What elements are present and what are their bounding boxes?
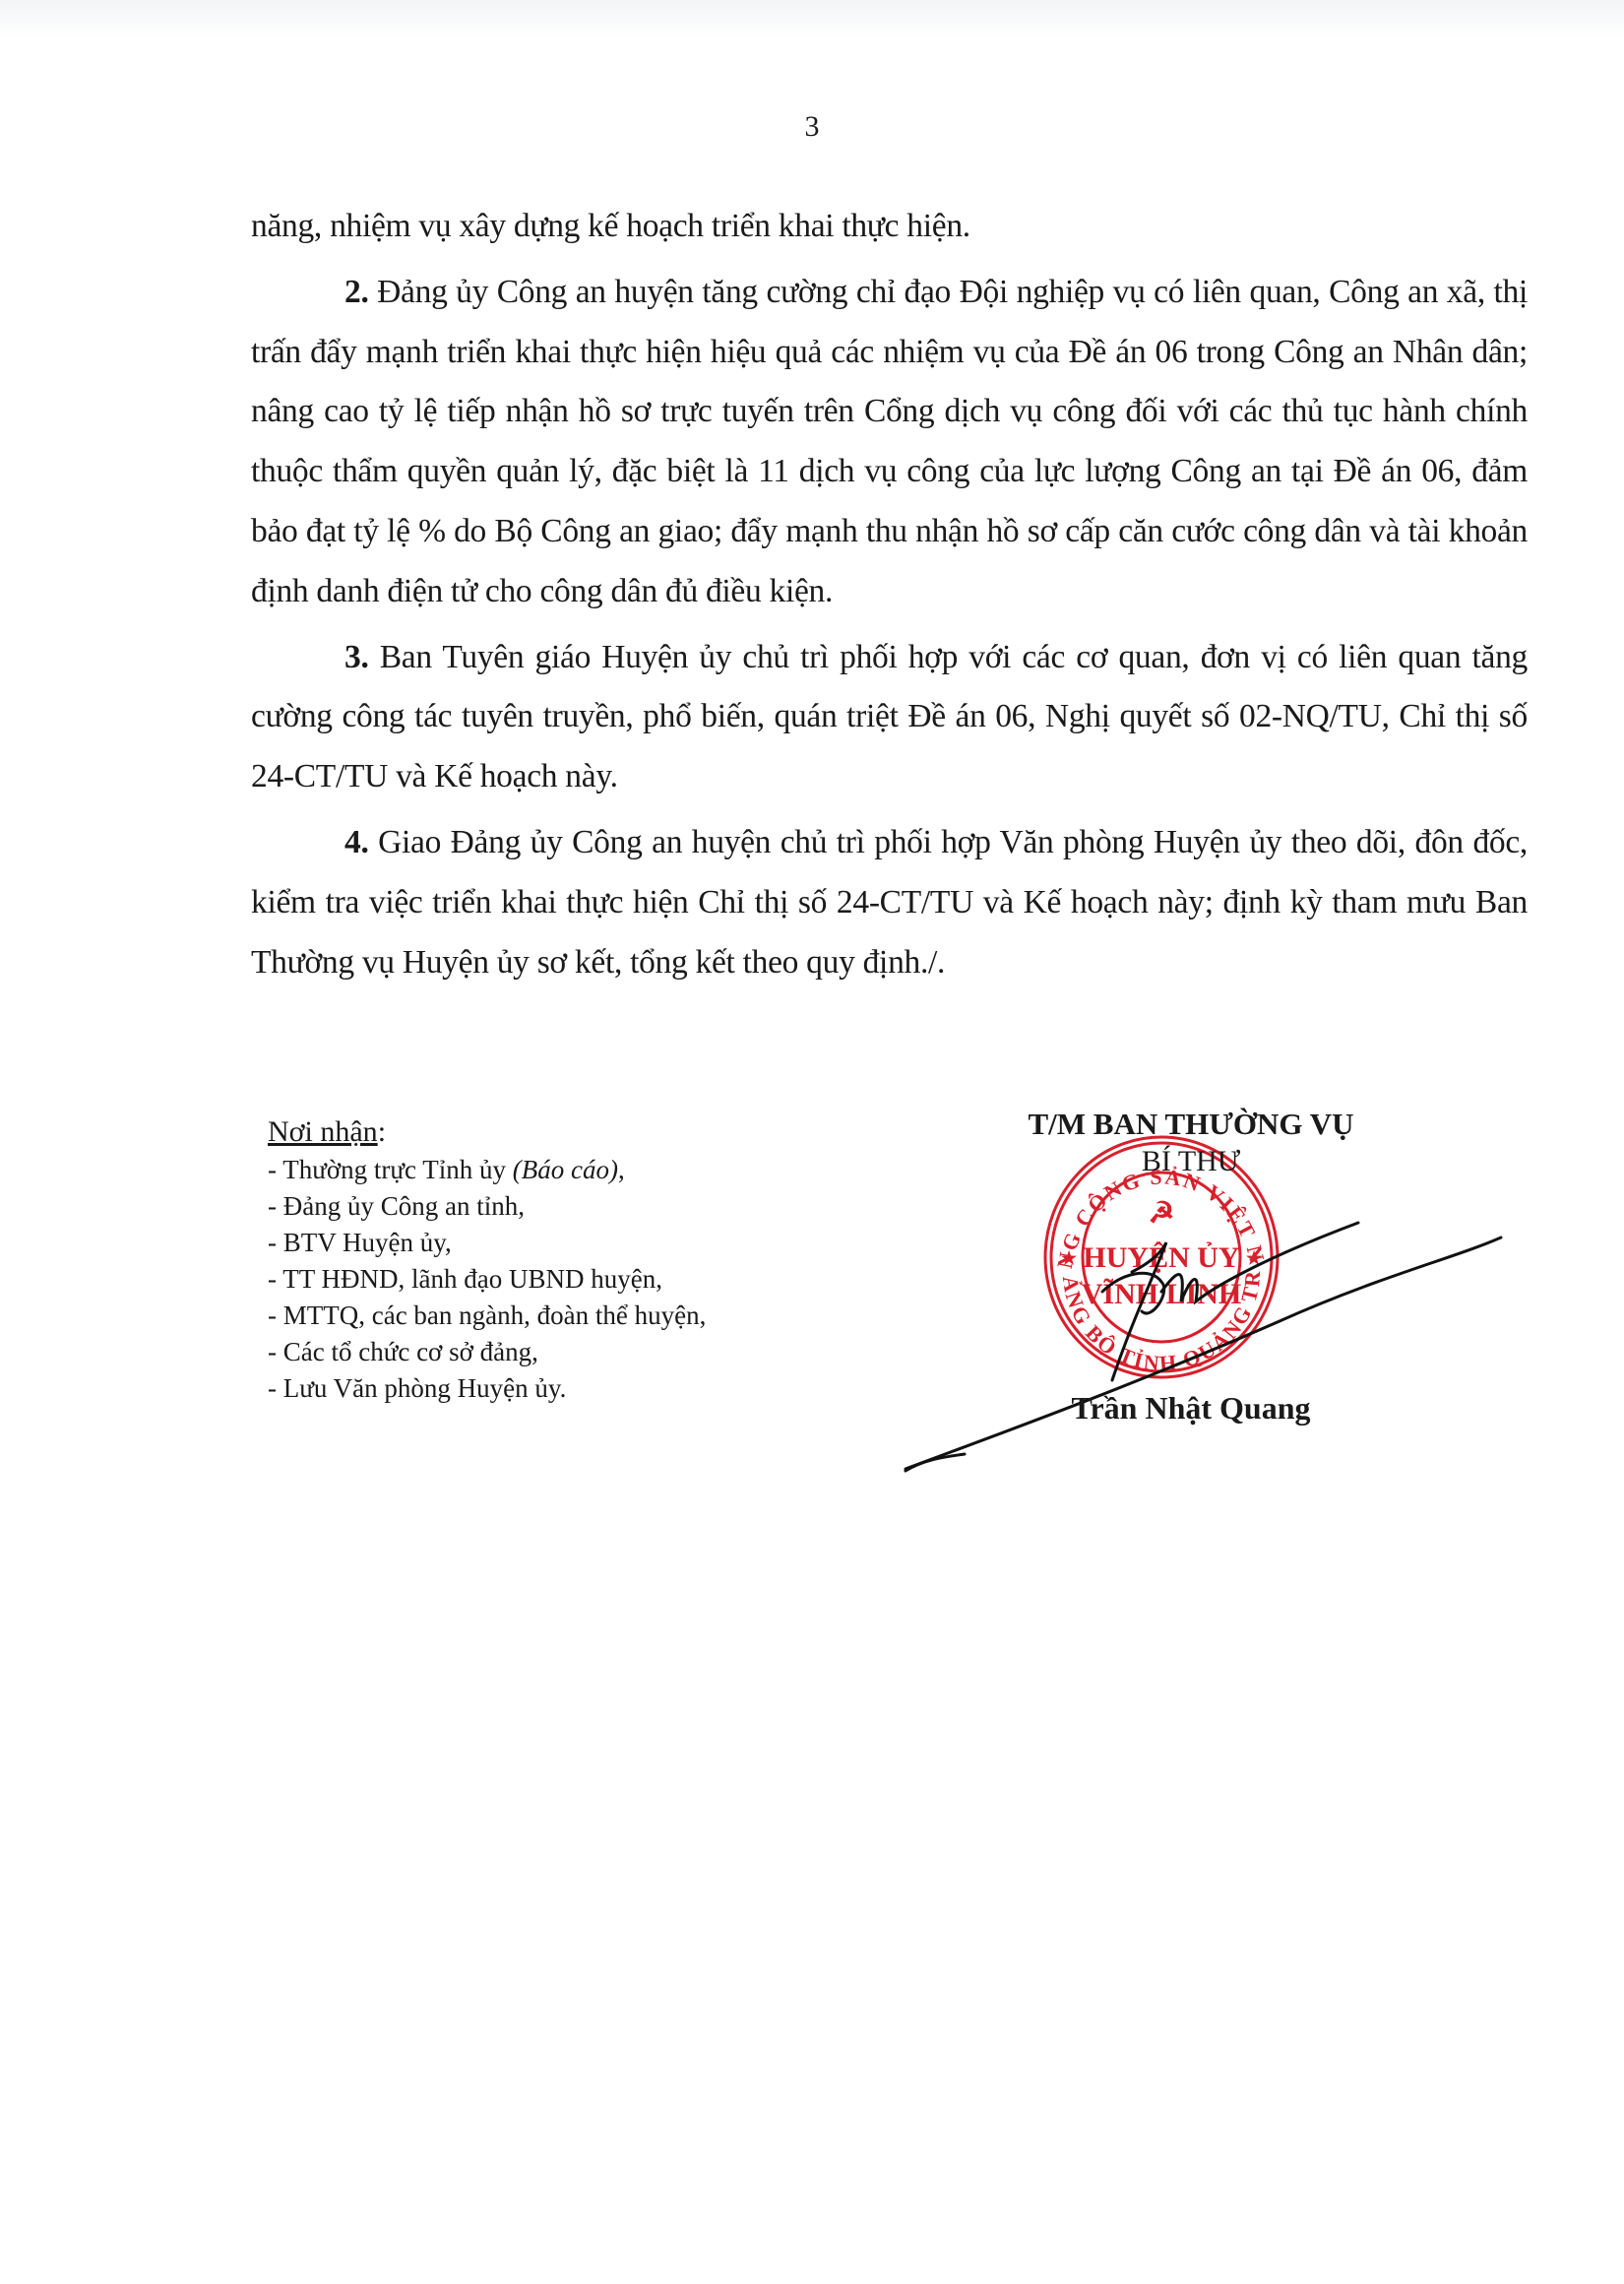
on-behalf-title: T/M BAN THƯỜNG VỤ <box>945 1105 1437 1144</box>
recipients-block: Nơi nhận: - Thường trực Tỉnh ủy (Báo cáo… <box>268 1112 819 1407</box>
item-number: 2. <box>344 274 369 310</box>
item-text: Giao Đảng ủy Công an huyện chủ trì phối … <box>251 824 1528 981</box>
document-body: năng, nhiệm vụ xây dựng kế hoạch triển k… <box>251 197 1528 992</box>
page-number: 3 <box>0 110 1624 144</box>
recipient-item: - Lưu Văn phòng Huyện ủy. <box>268 1370 819 1407</box>
recipient-item: - BTV Huyện ủy, <box>268 1225 819 1261</box>
item-number: 3. <box>344 639 369 675</box>
item-number: 4. <box>344 824 369 860</box>
recipient-item: - MTTQ, các ban ngành, đoàn thể huyện, <box>268 1298 819 1334</box>
paragraph-item-2: 2. Đảng ủy Công an huyện tăng cường chỉ … <box>251 263 1528 622</box>
signature-block: ĐẢNG CỘNG SẢN VIỆT NAM ĐẢNG BỘ TỈNH QUẢN… <box>945 1105 1535 1479</box>
handwritten-signature-icon <box>866 1164 1516 1479</box>
signer-name: Trần Nhật Quang <box>945 1390 1437 1427</box>
recipient-item: - TT HĐND, lãnh đạo UBND huyện, <box>268 1261 819 1298</box>
paragraph-item-3: 3. Ban Tuyên giáo Huyện ủy chủ trì phối … <box>251 628 1528 807</box>
scan-artifact <box>0 0 1624 39</box>
recipients-heading: Nơi nhận: <box>268 1112 819 1152</box>
recipient-item: - Các tổ chức cơ sở đảng, <box>268 1334 819 1370</box>
continuation-paragraph: năng, nhiệm vụ xây dựng kế hoạch triển k… <box>251 197 1528 257</box>
recipient-item: - Đảng ủy Công an tỉnh, <box>268 1188 819 1225</box>
recipient-item: - Thường trực Tỉnh ủy (Báo cáo), <box>268 1152 819 1188</box>
item-text: Ban Tuyên giáo Huyện ủy chủ trì phối hợp… <box>251 639 1528 795</box>
item-text: Đảng ủy Công an huyện tăng cường chỉ đạo… <box>251 274 1528 609</box>
paragraph-item-4: 4. Giao Đảng ủy Công an huyện chủ trì ph… <box>251 813 1528 992</box>
